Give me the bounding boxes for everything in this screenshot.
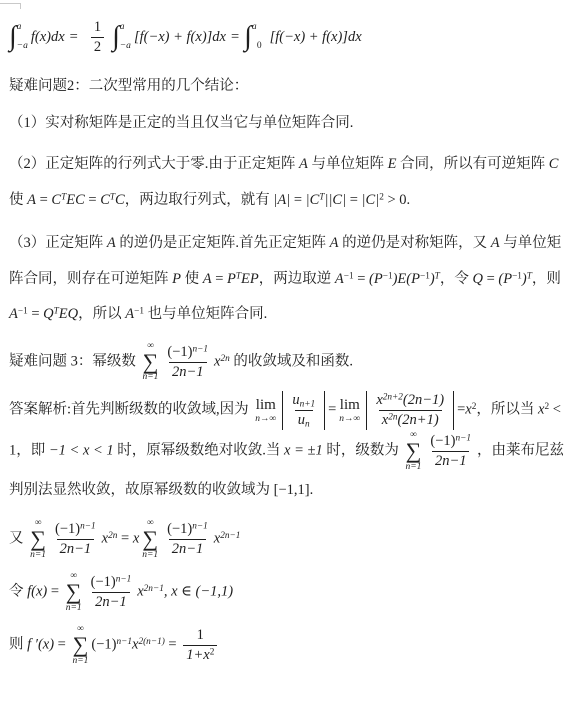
sigma-icon: ∑ (73, 635, 89, 656)
text-run: 疑难问题2：二次型常用的几个结论： (9, 78, 248, 94)
superscript: 2n (108, 531, 117, 541)
limit-operator: limn→∞ (255, 397, 276, 424)
text-run: （1）实对称矩阵是正定的当且仅当它与单位矩阵合同. (9, 115, 353, 131)
equals-sign: = (58, 636, 66, 652)
frac-numerator: (−1)n−1 (52, 520, 99, 539)
math-run: C (549, 156, 559, 172)
integral-icon: ∫ (112, 23, 120, 51)
math-run: C (100, 192, 110, 208)
math-run: > 0 (384, 192, 407, 208)
heading-problem-3: 疑难问题 3：幂级数 ∞∑n=1(−1)n−12n−1x2n 的收敛域及和函数. (9, 341, 574, 384)
answer-analysis: 答案解析:首先判断级数的收敛域,因为 limn→∞un+1un=limn→∞x2… (9, 391, 574, 508)
equals-sign: = (36, 192, 51, 208)
math-run: C (115, 192, 125, 208)
equals-sign: = (70, 30, 78, 45)
summation: ∞∑n=1 (66, 571, 82, 614)
math-run: ||C| (324, 192, 346, 208)
fraction: x2n+2(2n−1)x2n(2n+1) (373, 391, 447, 430)
math-run: P (172, 271, 181, 287)
num-exponent: n−1 (116, 574, 132, 584)
math-run: (2n−1) (403, 392, 444, 408)
sigma-icon: ∑ (30, 529, 46, 550)
text-run: ，两边取逆 (259, 271, 335, 287)
fraction: (−1)n−12n−1 (427, 432, 474, 471)
superscript: −1 (18, 307, 28, 317)
num-base: (−1) (167, 521, 192, 537)
integral-lower: 0 (257, 42, 262, 52)
text-run: ，则 (532, 271, 561, 287)
superscript: −1 (134, 307, 144, 317)
define-f-line: 令 f(x) = ∞∑n=1(−1)n−12n−1x2n−1, x ∈ (−1,… (9, 571, 574, 614)
superscript: 2(n−1) (138, 637, 164, 647)
integral-upper: a (120, 23, 131, 33)
text-run: . (310, 482, 314, 498)
sigma-icon: ∑ (406, 441, 422, 462)
superscript: −1 (344, 271, 354, 281)
fraction: un+1un (289, 391, 318, 430)
summation: ∞∑n=1 (30, 518, 46, 561)
frac-denominator: 2n−1 (169, 362, 207, 382)
text-run: 疑难问题 3：幂级数 (9, 353, 140, 369)
math-run: EP (241, 271, 259, 287)
math-run: (−1) (91, 636, 116, 652)
equals-sign: = (28, 306, 43, 322)
text-run: （2）正定矩阵的行列式大于零.由于正定矩阵 (9, 156, 299, 172)
lim-word: lim (340, 397, 360, 414)
sum-lower-limit: n=1 (66, 603, 82, 614)
frac-numerator: (−1)n−1 (164, 520, 211, 539)
integral-3: ∫ a0 (244, 21, 269, 53)
series-transform-line: 又 ∞∑n=1(−1)n−12n−1x2n = x∞∑n=1(−1)n−12n−… (9, 518, 574, 561)
equals-sign: = (328, 402, 336, 418)
fraction: 11+x2 (183, 626, 217, 665)
num-exponent: n−1 (456, 433, 472, 443)
text-run: ，所以 (78, 306, 125, 322)
u-base: u (298, 412, 305, 428)
num-exponent: n−1 (80, 522, 96, 532)
math-run: EC (66, 192, 85, 208)
heading-problem-2: 疑难问题2：二次型常用的几个结论： (9, 75, 574, 98)
superscript: 2n−1 (220, 531, 240, 541)
superscript: 2n+2 (383, 393, 403, 403)
equals-sign: = (212, 271, 227, 287)
u-base: u (292, 392, 299, 408)
frac-denominator: x2n(2n+1) (379, 410, 442, 430)
equals-sign: = (168, 636, 176, 652)
sum-lower-limit: n=1 (72, 656, 88, 667)
num-exponent: n−1 (192, 522, 208, 532)
frac-numerator: (−1)n−1 (88, 573, 135, 592)
equation-integral-identity: ∫ a−a f(x)dx = 1 2 ∫ a−a [f(−x) + f(x)]d… (9, 18, 574, 57)
text-run: 时，原幂级数绝对收敛.当 (114, 443, 284, 459)
superscript: −1 (420, 271, 430, 281)
text-run: 的逆仍是对称矩阵，又 (338, 235, 490, 251)
frac-denominator: 1+x2 (183, 645, 217, 665)
math-run: A (27, 192, 36, 208)
superscript: −1 (383, 271, 393, 281)
num-base: (−1) (167, 344, 192, 360)
den-exponent: 2 (210, 647, 215, 657)
text-run: ，即 (16, 443, 49, 459)
sum-lower-limit: n=1 (142, 550, 158, 561)
text-run: 令 (9, 584, 27, 600)
math-run: P (227, 271, 236, 287)
math-run: A (335, 271, 344, 287)
num-base: (−1) (55, 521, 80, 537)
frac-denominator: 2n−1 (169, 539, 207, 559)
equals-sign: = (85, 192, 100, 208)
text-run: ，所以当 (476, 402, 538, 418)
math-run: (P (498, 271, 512, 287)
sigma-icon: ∑ (66, 582, 82, 603)
text-run: 的收敛域及和函数. (230, 353, 353, 369)
math-run: EQ (59, 306, 78, 322)
equals-sign: = (121, 531, 129, 547)
math-run: −1 < x < 1 (49, 443, 114, 459)
conclusion-item-2: （2）正定矩阵的行列式大于零.由于正定矩阵 A 与单位矩阵 E 合同，所以有可逆… (9, 147, 574, 218)
fraction: (−1)n−12n−1 (164, 520, 211, 559)
table-corner-mark (0, 3, 21, 9)
math-run: x (133, 531, 139, 547)
math-run: |A| (273, 192, 290, 208)
text-run: 又 (9, 531, 27, 547)
lim-word: lim (256, 397, 276, 414)
text-run: ，令 (440, 271, 473, 287)
math-run: Q (472, 271, 482, 287)
superscript: 2n (220, 354, 229, 364)
math-run: A (9, 306, 18, 322)
text-run: （3）正定矩阵 (9, 235, 107, 251)
math-run: C (51, 192, 61, 208)
frac-denominator: 2n−1 (92, 592, 130, 612)
abs-group: x2n+2(2n−1)x2n(2n+1) (366, 391, 454, 430)
sum-lower-limit: n=1 (405, 462, 421, 473)
math-run: A (491, 235, 500, 251)
math-run: x = ±1 (284, 443, 323, 459)
math-run: [f(−x) + f(x)]dx (270, 30, 362, 45)
equals-sign: = (354, 271, 369, 287)
text-run: 则 (9, 636, 27, 652)
math-run: f(x)dx (31, 30, 65, 45)
abs-group: un+1un (282, 391, 325, 430)
summation: ∞∑n=1 (143, 341, 159, 384)
equals-sign: = (51, 584, 59, 600)
sum-lower-limit: n=1 (143, 372, 159, 383)
math-run: A (299, 156, 308, 172)
num-base: (−1) (430, 433, 455, 449)
text-run: 与单位矩阵 (308, 156, 388, 172)
text-run: 使 (181, 271, 203, 287)
equals-sign: = (231, 30, 239, 45)
integral-icon: ∫ (9, 23, 17, 51)
frac-denominator: 2n−1 (432, 451, 470, 471)
num-base: (−1) (91, 574, 116, 590)
limit-operator: limn→∞ (339, 397, 360, 424)
math-run: f(x) (27, 584, 47, 600)
equals-sign: = (483, 271, 498, 287)
integral-lower: −a (17, 42, 28, 52)
text-run: 使 (9, 192, 27, 208)
math-run: (P (369, 271, 383, 287)
math-run: (2n+1) (397, 412, 438, 428)
frac-denominator: un (295, 410, 313, 430)
math-run: [f(−x) + f(x)]dx (134, 30, 226, 45)
frac-numerator: 1 (91, 18, 104, 37)
equals-sign: = (290, 192, 305, 208)
math-run: f ′(x) (27, 636, 54, 652)
den-base: 1+x (186, 647, 209, 663)
frac-denominator: 2 (91, 37, 104, 57)
fraction: (−1)n−12n−1 (88, 573, 135, 612)
math-run: |C| (362, 192, 380, 208)
fraction: (−1)n−12n−1 (164, 343, 211, 382)
summation: ∞∑n=1 (72, 624, 88, 667)
text-run: . (407, 192, 411, 208)
text-run: ，两边取行列式，就有 (125, 192, 274, 208)
conclusion-item-1: （1）实对称矩阵是正定的当且仅当它与单位矩阵合同. (9, 112, 574, 135)
frac-numerator: (−1)n−1 (427, 432, 474, 451)
math-run: A (107, 235, 116, 251)
fraction: (−1)n−12n−1 (52, 520, 99, 559)
integral-upper: a (17, 23, 28, 33)
integral-lower: −a (120, 42, 131, 52)
derivative-line: 则 f ′(x) = ∞∑n=1(−1)n−1x2(n−1) = 11+x2 (9, 624, 574, 667)
math-run: |C (306, 192, 320, 208)
integral-upper: a (252, 23, 267, 33)
sigma-icon: ∑ (143, 352, 159, 373)
equals-sign: = (346, 192, 361, 208)
frac-denominator: 2n−1 (57, 539, 95, 559)
sum-lower-limit: n=1 (30, 550, 46, 561)
lim-lower: n→∞ (339, 414, 360, 425)
subscript: n+1 (300, 400, 316, 410)
text-run: 也与单位矩阵合同. (144, 306, 267, 322)
summation: ∞∑n=1 (142, 518, 158, 561)
integral-2: ∫ a−a (112, 21, 134, 53)
sigma-icon: ∑ (142, 529, 158, 550)
math-run: , x ∈ (−1,1) (164, 584, 233, 600)
text-run: 答案解析:首先判断级数的收敛域,因为 (9, 402, 252, 418)
fraction-one-half: 1 2 (86, 18, 109, 57)
num-exponent: n−1 (193, 344, 209, 354)
lim-lower: n→∞ (255, 414, 276, 425)
text-run: 时，级数为 (323, 443, 403, 459)
math-run: A (203, 271, 212, 287)
superscript: −1 (512, 271, 522, 281)
math-run: )E(P (393, 271, 420, 287)
math-run: Q (43, 306, 53, 322)
conclusion-item-3: （3）正定矩阵 A 的逆仍是正定矩阵.首先正定矩阵 A 的逆仍是对称矩阵，又 A… (9, 226, 574, 333)
superscript: n−1 (117, 637, 133, 647)
math-run: [−1,1] (274, 482, 310, 498)
integral-1: ∫ a−a (9, 21, 31, 53)
summation: ∞∑n=1 (405, 430, 421, 473)
superscript: 2n−1 (144, 584, 164, 594)
frac-numerator: (−1)n−1 (164, 343, 211, 362)
frac-numerator: x2n+2(2n−1) (373, 391, 447, 410)
text-run: 合同，所以有可逆矩阵 (396, 156, 548, 172)
frac-numerator: 1 (194, 626, 207, 645)
subscript: n (305, 420, 310, 430)
integral-icon: ∫ (244, 23, 252, 51)
frac-numerator: un+1 (289, 391, 318, 410)
math-run: A (125, 306, 134, 322)
text-run: 的逆仍是正定矩阵.首先正定矩阵 (116, 235, 330, 251)
